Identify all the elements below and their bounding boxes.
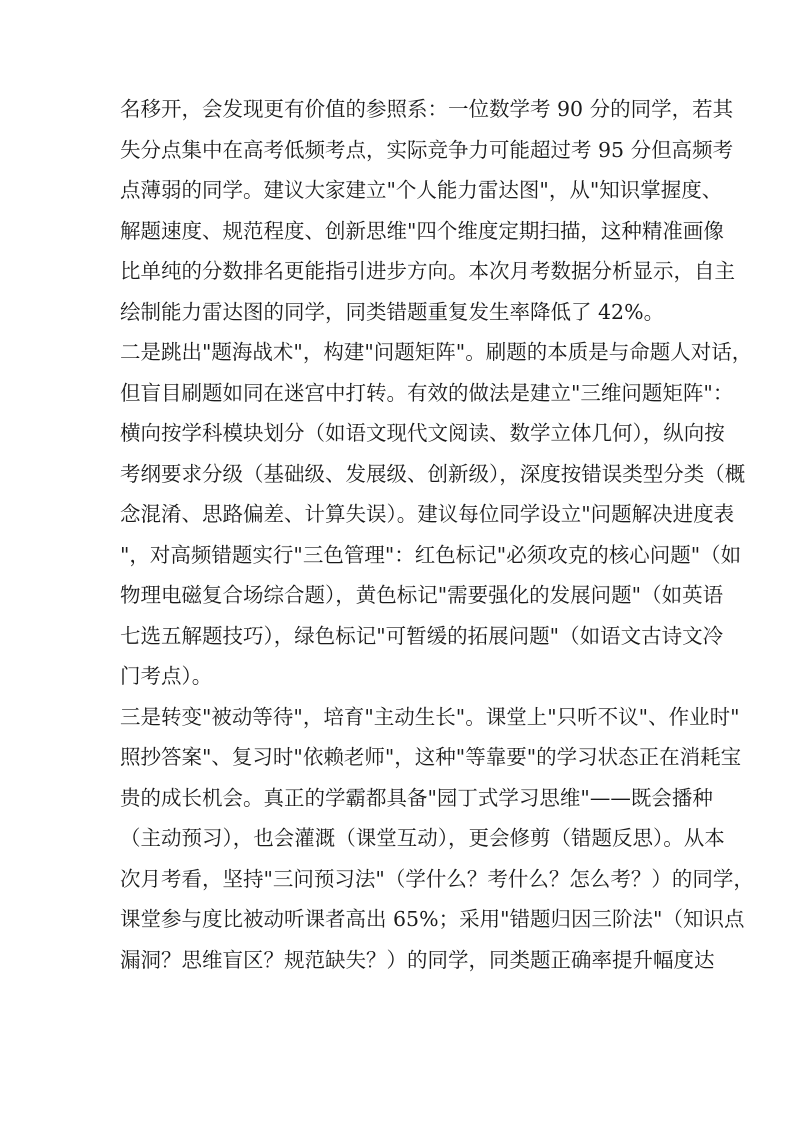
- text-line: 考纲要求分级（基础级、发展级、创新级），深度按错误类型分类（概: [120, 454, 676, 495]
- text-line: 念混淆、思路偏差、计算失误）。建议每位同学设立"问题解决进度表: [120, 494, 676, 535]
- text-line: 但盲目刷题如同在迷宫中打转。有效的做法是建立"三维问题矩阵"：: [120, 373, 676, 414]
- text-line: 课堂参与度比被动听课者高出 65%；采用"错题归因三阶法"（知识点: [120, 899, 676, 940]
- text-line: 二是跳出"题海战术"，构建"问题矩阵"。刷题的本质是与命题人对话，: [120, 332, 676, 373]
- text-line: 漏洞？思维盲区？规范缺失？）的同学，同类题正确率提升幅度达: [120, 940, 676, 981]
- text-line: 门考点）。: [120, 656, 676, 697]
- text-line: 贵的成长机会。真正的学霸都具备"园丁式学习思维"——既会播种: [120, 778, 676, 819]
- paragraph-2: 二是跳出"题海战术"，构建"问题矩阵"。刷题的本质是与命题人对话， 但盲目刷题如…: [120, 332, 676, 697]
- text-line: 三是转变"被动等待"，培育"主动生长"。课堂上"只听不议"、作业时": [120, 697, 676, 738]
- text-line: 解题速度、规范程度、创新思维"四个维度定期扫描，这种精准画像: [120, 211, 676, 252]
- text-line: 物理电磁复合场综合题），黄色标记"需要强化的发展问题"（如英语: [120, 575, 676, 616]
- paragraph-3: 三是转变"被动等待"，培育"主动生长"。课堂上"只听不议"、作业时" 照抄答案"…: [120, 697, 676, 981]
- text-line: 次月考看，坚持"三问预习法"（学什么？考什么？怎么考？）的同学，: [120, 859, 676, 900]
- text-line: 照抄答案"、复习时"依赖老师"，这种"等靠要"的学习状态正在消耗宝: [120, 737, 676, 778]
- text-line: （主动预习），也会灌溉（课堂互动），更会修剪（错题反思）。从本: [120, 818, 676, 859]
- text-line: 比单纯的分数排名更能指引进步方向。本次月考数据分析显示，自主: [120, 251, 676, 292]
- text-line: 七选五解题技巧），绿色标记"可暂缓的拓展问题"（如语文古诗文冷: [120, 616, 676, 657]
- text-line: 绘制能力雷达图的同学，同类错题重复发生率降低了 42%。: [120, 292, 676, 333]
- text-line: 横向按学科模块划分（如语文现代文阅读、数学立体几何），纵向按: [120, 413, 676, 454]
- text-line: 名移开，会发现更有价值的参照系：一位数学考 90 分的同学，若其: [120, 89, 676, 130]
- paragraph-1: 名移开，会发现更有价值的参照系：一位数学考 90 分的同学，若其 失分点集中在高…: [120, 89, 676, 332]
- text-line: "，对高频错题实行"三色管理"：红色标记"必须攻克的核心问题"（如: [120, 535, 676, 576]
- text-line: 点薄弱的同学。建议大家建立"个人能力雷达图"，从"知识掌握度、: [120, 170, 676, 211]
- text-line: 失分点集中在高考低频考点，实际竞争力可能超过考 95 分但高频考: [120, 130, 676, 171]
- document-page: 名移开，会发现更有价值的参照系：一位数学考 90 分的同学，若其 失分点集中在高…: [120, 89, 676, 980]
